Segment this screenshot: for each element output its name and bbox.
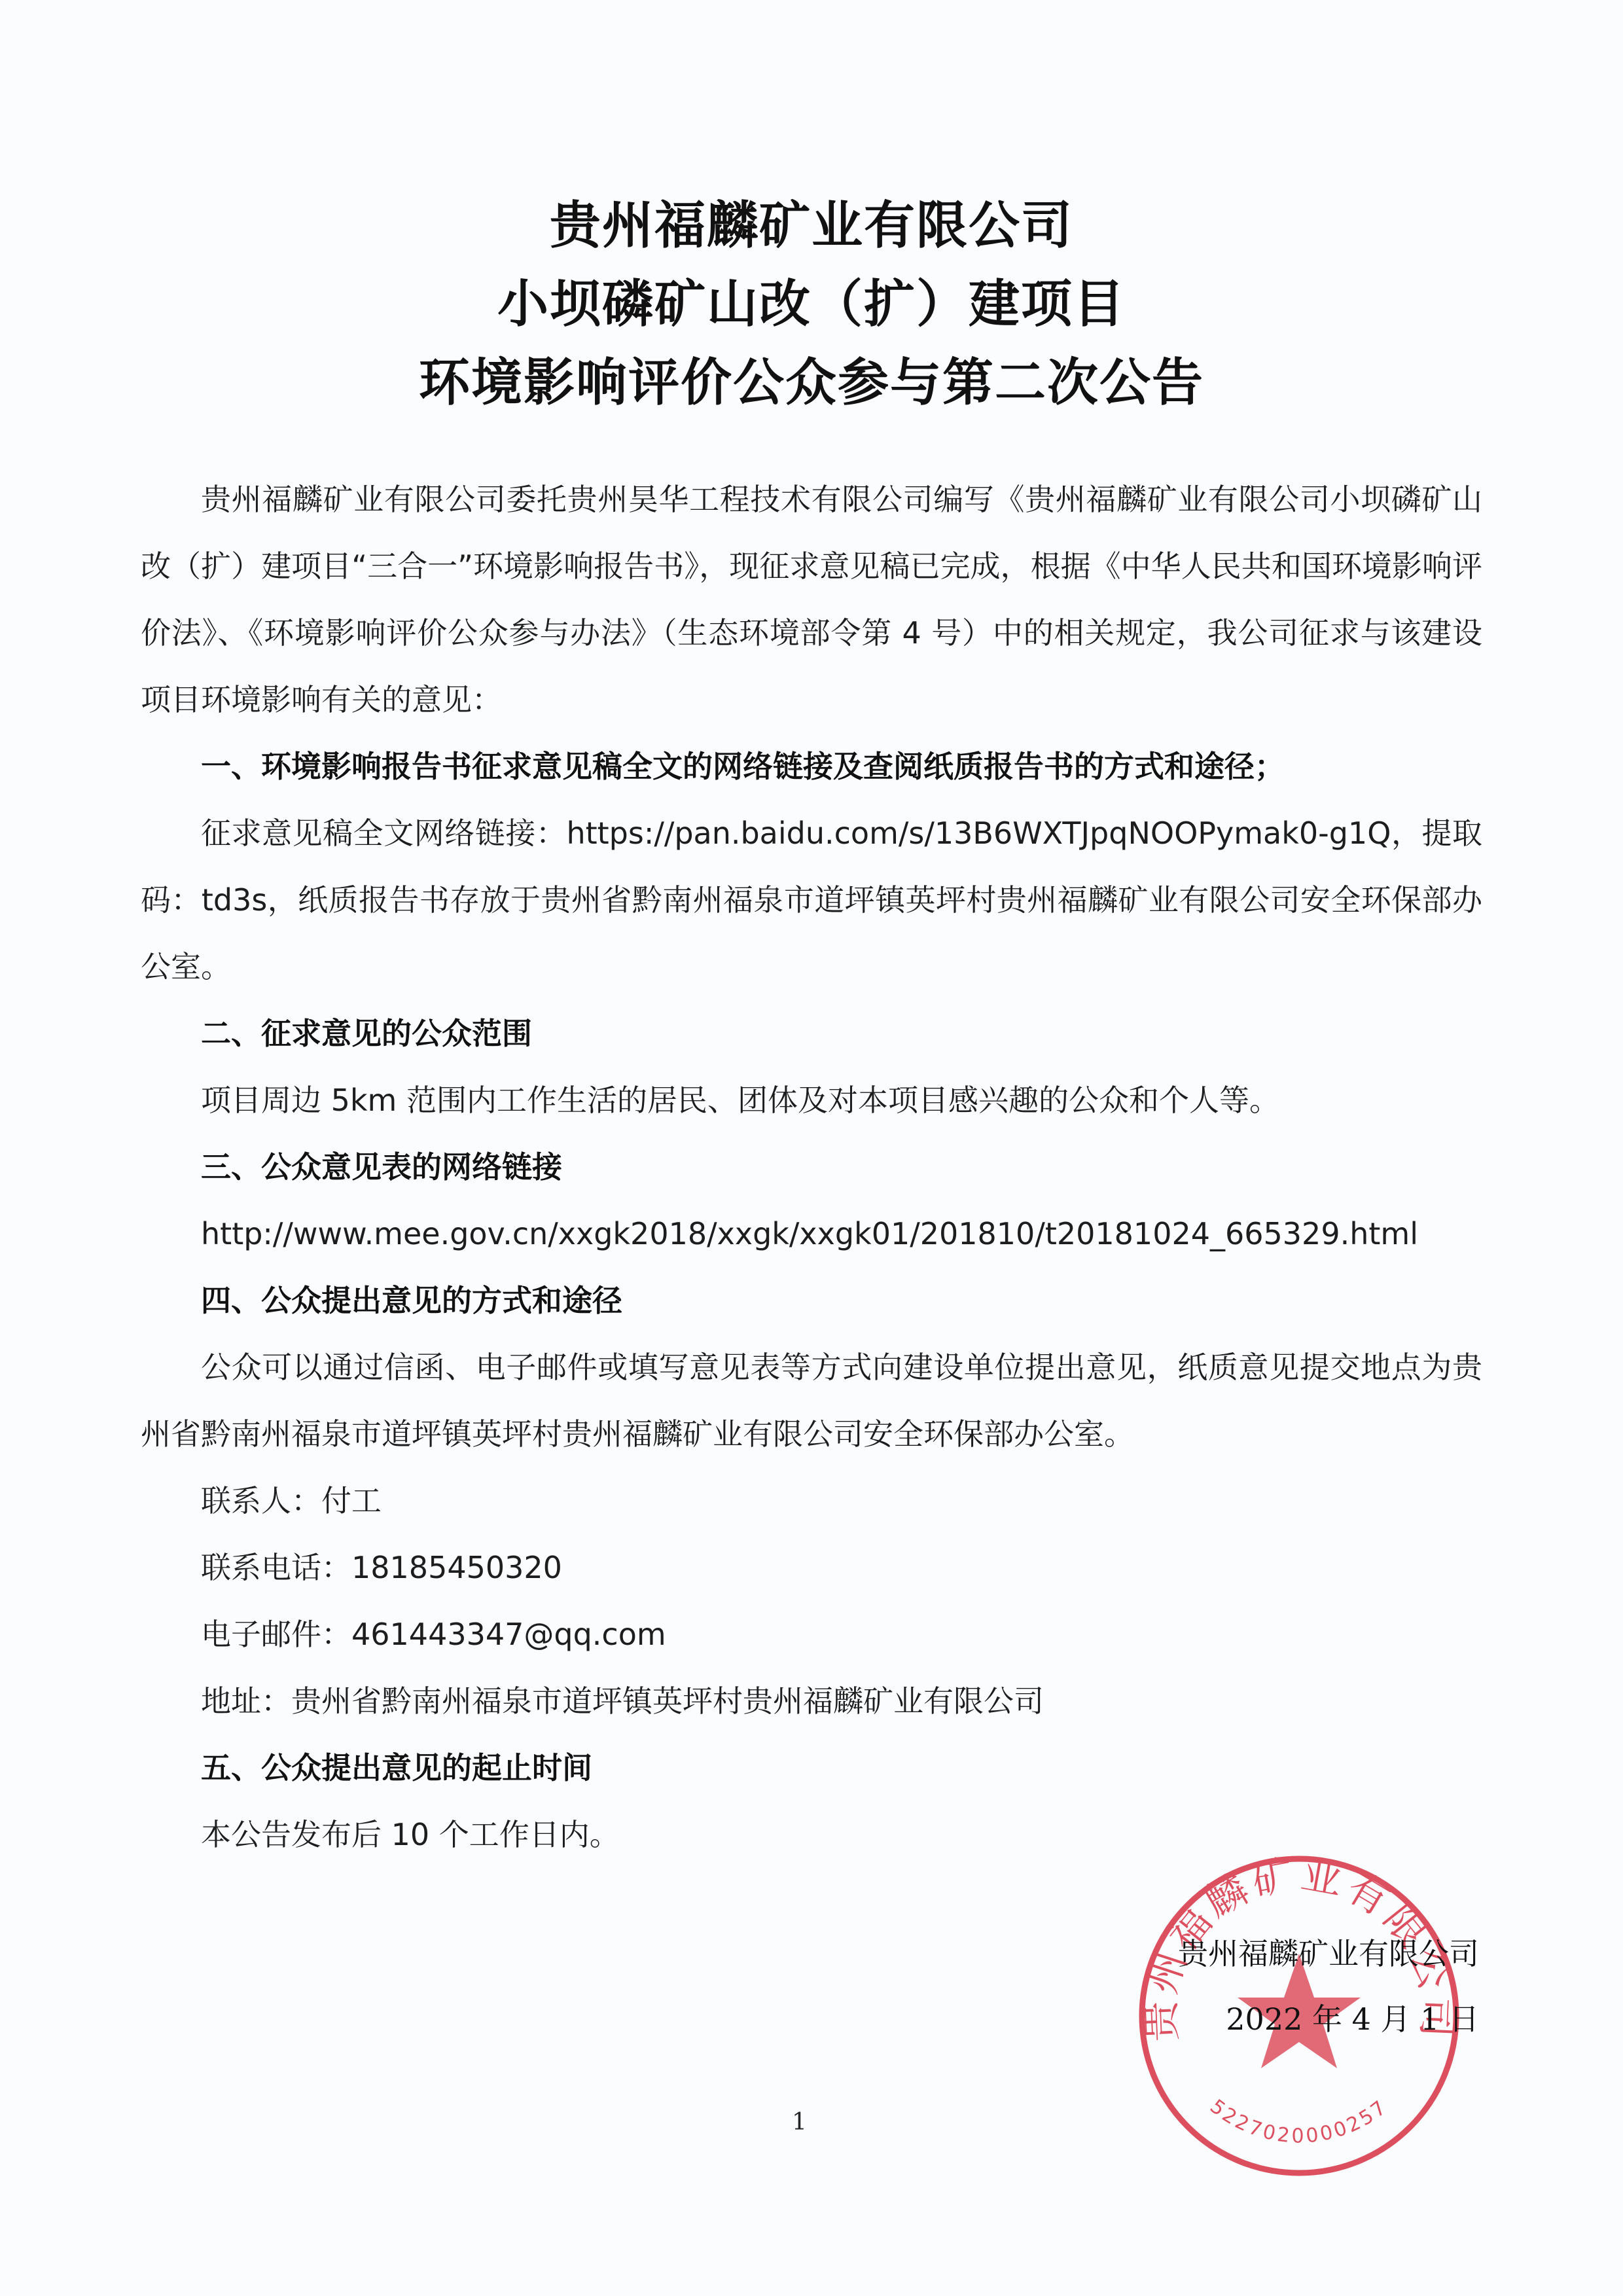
signature-date: 2022 年 4 月 1 日	[1139, 1986, 1479, 2052]
contact-email: 电子邮件：461443347@qq.com	[141, 1601, 1482, 1668]
svg-text:5227020000257: 5227020000257	[1205, 2095, 1393, 2148]
seal-number: 5227020000257	[1205, 2095, 1393, 2148]
title-line-notice: 环境影响评价公众参与第二次公告	[0, 344, 1623, 422]
opinion-form-link[interactable]: http://www.mee.gov.cn/xxgk2018/xxgk/xxgk…	[201, 1216, 1418, 1251]
section-5-heading: 五、公众提出意见的起止时间	[141, 1734, 1482, 1801]
section-4-body: 公众可以通过信函、电子邮件或填写意见表等方式向建设单位提出意见，纸质意见提交地点…	[141, 1334, 1482, 1467]
section-1-heading: 一、环境影响报告书征求意见稿全文的网络链接及查阅纸质报告书的方式和途径；	[141, 733, 1482, 800]
page-number: 1	[792, 2109, 807, 2136]
intro-paragraph: 贵州福麟矿业有限公司委托贵州昊华工程技术有限公司编写《贵州福麟矿业有限公司小坝磷…	[141, 466, 1482, 733]
contact-person-value: 付工	[321, 1483, 382, 1518]
document-page: 贵州福麟矿业有限公司 小坝磷矿山改（扩）建项目 环境影响评价公众参与第二次公告 …	[0, 0, 1623, 2296]
contact-phone-value: 18185450320	[351, 1550, 562, 1585]
signature-company: 贵州福麟矿业有限公司	[1139, 1921, 1479, 1986]
section-1-link-label: 征求意见稿全文网络链接：	[201, 816, 566, 851]
section-2-body: 项目周边 5km 范围内工作生活的居民、团体及对本项目感兴趣的公众和个人等。	[141, 1067, 1482, 1134]
contact-address-value: 贵州省黔南州福泉市道坪镇英坪村贵州福麟矿业有限公司	[291, 1683, 1044, 1719]
signature-block: 贵州福麟矿业有限公司 2022 年 4 月 1 日	[1139, 1921, 1479, 2052]
section-1-body: 征求意见稿全文网络链接：https://pan.baidu.com/s/13B6…	[141, 800, 1482, 1000]
section-3-heading: 三、公众意见表的网络链接	[141, 1134, 1482, 1200]
contact-phone-label: 联系电话：	[201, 1550, 351, 1585]
baidu-pan-link[interactable]: https://pan.baidu.com/s/13B6WXTJpqNOOPym…	[566, 816, 1391, 851]
title-line-project: 小坝磷矿山改（扩）建项目	[0, 265, 1623, 344]
contact-phone: 联系电话：18185450320	[141, 1534, 1482, 1601]
contact-email-label: 电子邮件：	[201, 1617, 351, 1652]
contact-person: 联系人：付工	[141, 1467, 1482, 1534]
document-body: 贵州福麟矿业有限公司委托贵州昊华工程技术有限公司编写《贵州福麟矿业有限公司小坝磷…	[141, 466, 1482, 1868]
section-4-heading: 四、公众提出意见的方式和途径	[141, 1267, 1482, 1334]
contact-address-label: 地址：	[201, 1683, 291, 1719]
section-3-body: http://www.mee.gov.cn/xxgk2018/xxgk/xxgk…	[141, 1200, 1482, 1267]
contact-email-value: 461443347@qq.com	[351, 1617, 666, 1652]
title-line-company: 贵州福麟矿业有限公司	[0, 187, 1623, 265]
section-2-heading: 二、征求意见的公众范围	[141, 1000, 1482, 1067]
contact-address: 地址：贵州省黔南州福泉市道坪镇英坪村贵州福麟矿业有限公司	[141, 1668, 1482, 1734]
contact-person-label: 联系人：	[201, 1483, 321, 1518]
document-title: 贵州福麟矿业有限公司 小坝磷矿山改（扩）建项目 环境影响评价公众参与第二次公告	[0, 187, 1623, 422]
